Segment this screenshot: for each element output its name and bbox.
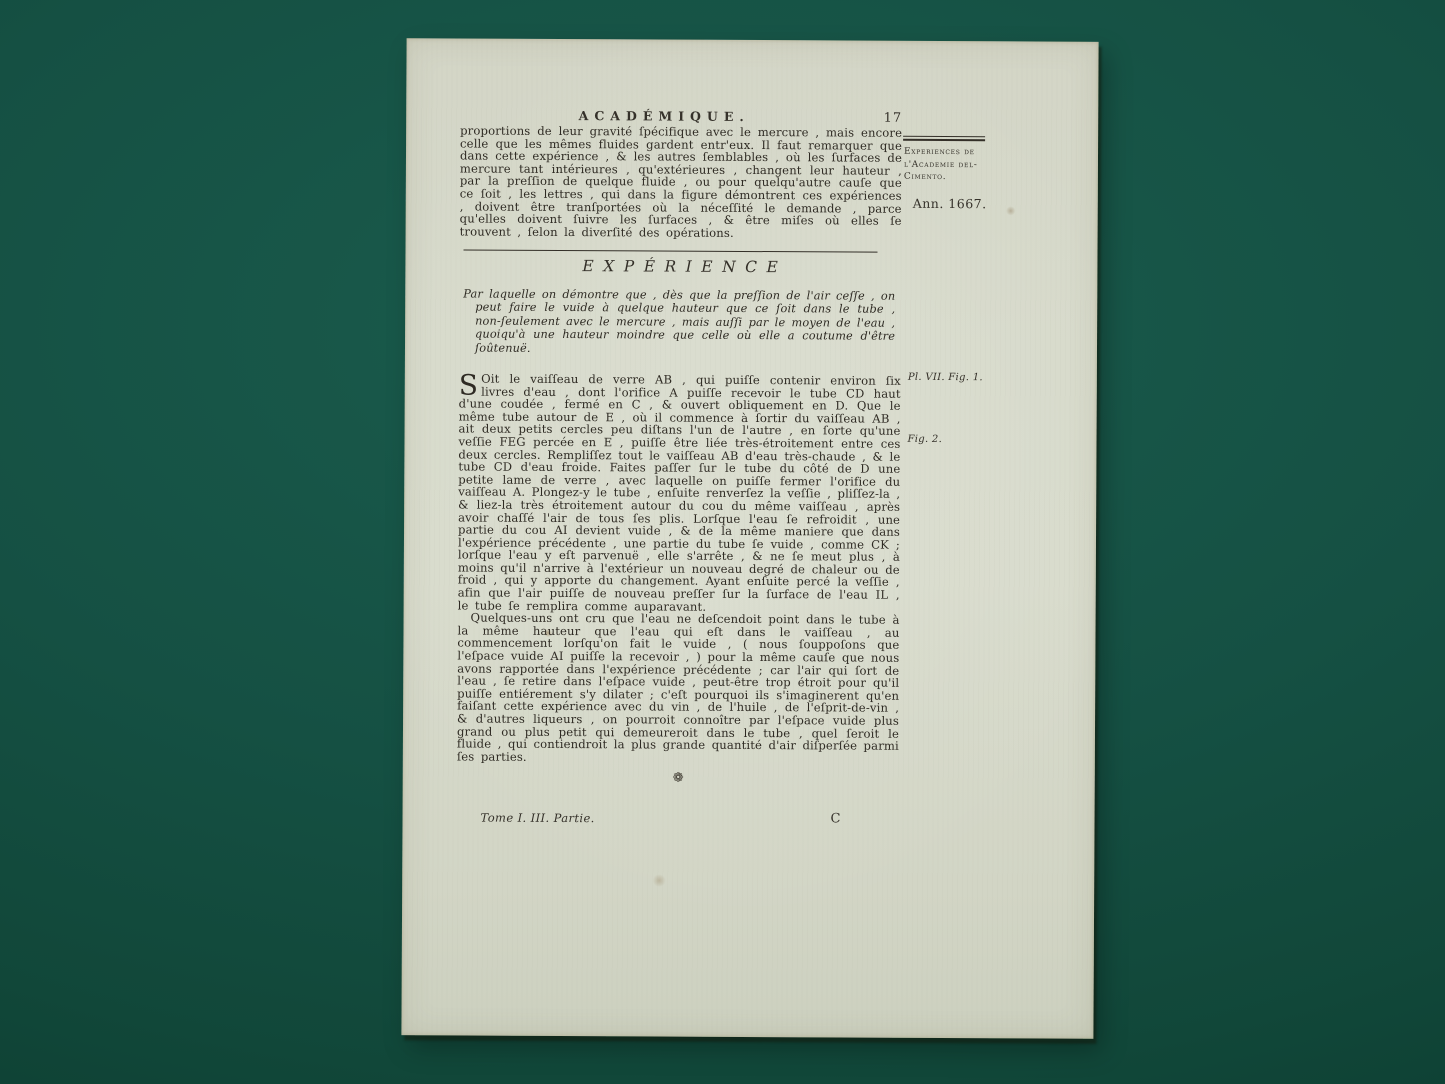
photo-background: ACADÉMIQUE. 17 proportions de leur gravi… [0, 0, 1445, 1084]
paragraph-experiment-text: Oit le vaiſſeau de verre AB , qui puiſſe… [458, 372, 901, 614]
running-title: ACADÉMIQUE. [460, 107, 868, 124]
margin-note-source: Experiences de l'Academie del- Cimento. [904, 146, 1014, 184]
fleuron-ornament-icon: ❁ [457, 772, 899, 787]
section-heading: EXPÉRIENCE [459, 260, 901, 275]
tome-label: Tome I. III. Partie. [480, 811, 594, 826]
margin-notes-column: Experiences de l'Academie del- Cimento. … [902, 41, 1032, 42]
section-divider-rule [464, 250, 878, 253]
paragraph-continuation: proportions de leur gravité ſpécifique a… [460, 124, 903, 240]
paragraph-discussion: Quelques-uns ont cru que l'eau ne deſcen… [457, 612, 900, 765]
text-column: proportions de leur gravité ſpécifique a… [457, 124, 902, 786]
section-argument: Par laquelle on démontre que , dès que l… [463, 287, 895, 356]
margin-note-source-line: Experiences de [904, 146, 1014, 159]
margin-note-year: Ann. 1667. [913, 196, 987, 211]
margin-note-fig2-ref: Fig. 2. [907, 434, 942, 445]
margin-note-plate-ref: Pl. VII. Fig. 1. [908, 372, 983, 383]
drop-cap-initial: S [459, 372, 481, 397]
page-number: 17 [884, 111, 903, 126]
margin-note-source-line: l'Academie del- [904, 158, 1014, 171]
foxing-spot [652, 874, 666, 886]
margin-double-rule [903, 136, 985, 141]
paragraph-experiment: SOit le vaiſſeau de verre AB , qui puiſſ… [458, 372, 901, 614]
book-page: ACADÉMIQUE. 17 proportions de leur gravi… [401, 38, 1098, 1039]
foxing-spot [1006, 206, 1016, 215]
signature-mark: C [830, 811, 840, 826]
margin-note-source-line: Cimento. [904, 171, 1014, 184]
